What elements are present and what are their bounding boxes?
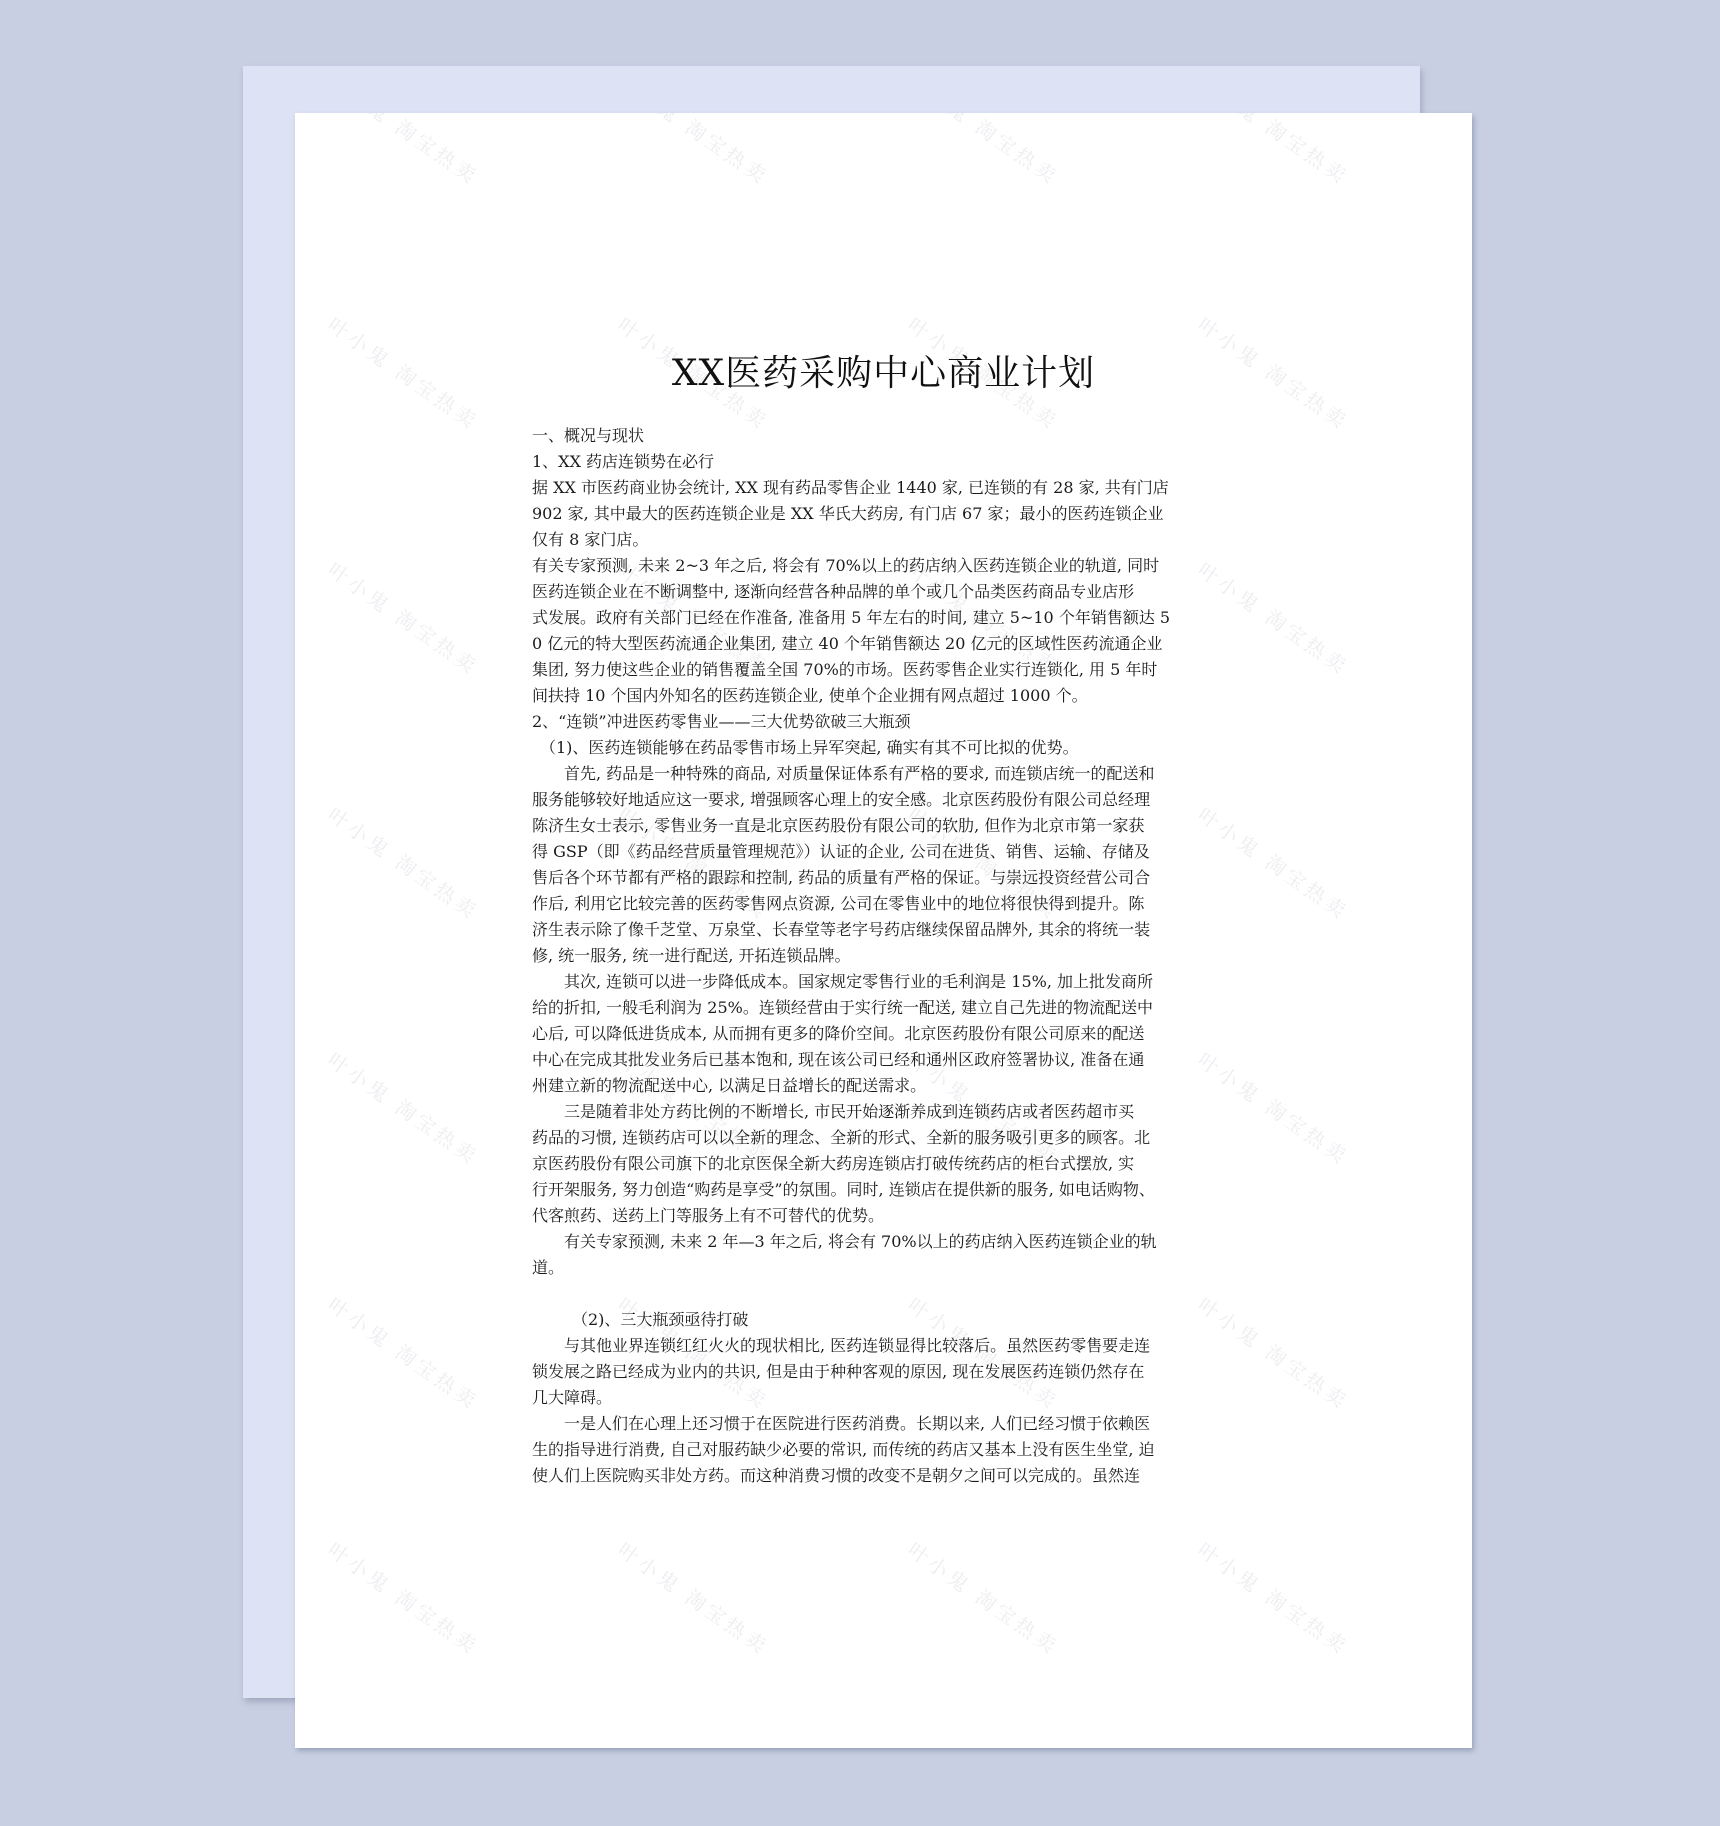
document-line: 有关专家预测, 未来 2~3 年之后, 将会有 70%以上的药店纳入医药连锁企业… bbox=[532, 553, 1222, 579]
document-line: 售后各个环节都有严格的跟踪和控制, 药品的质量有严格的保证。与崇远投资经营公司合 bbox=[532, 865, 1222, 891]
watermark-text: 叶小鬼 淘宝热卖 bbox=[613, 1534, 776, 1660]
document-line: 其次, 连锁可以进一步降低成本。国家规定零售行业的毛利润是 15%, 加上批发商… bbox=[532, 969, 1222, 995]
document-line: 锁发展之路已经成为业内的共识, 但是由于种种客观的原因, 现在发展医药连锁仍然存… bbox=[532, 1359, 1222, 1385]
watermark-text: 叶小鬼 淘宝热卖 bbox=[323, 113, 486, 191]
document-line: 修, 统一服务, 统一进行配送, 开拓连锁品牌。 bbox=[532, 943, 1222, 969]
document-line: 集团, 努力使这些企业的销售覆盖全国 70%的市场。医药零售企业实行连锁化, 用… bbox=[532, 657, 1222, 683]
document-line: 州建立新的物流配送中心, 以满足日益增长的配送需求。 bbox=[532, 1073, 1222, 1099]
document-line: 道。 bbox=[532, 1255, 1222, 1281]
document-line: 行开架服务, 努力创造“购药是享受”的氛围。同时, 连锁店在提供新的服务, 如电… bbox=[532, 1177, 1222, 1203]
document-line: 使人们上医院购买非处方药。而这种消费习惯的改变不是朝夕之间可以完成的。虽然连 bbox=[532, 1463, 1222, 1489]
document-line: 2、“连锁”冲进医药零售业——三大优势欲破三大瓶颈 bbox=[532, 709, 1222, 735]
document-line: （1)、医药连锁能够在药品零售市场上异军突起, 确实有其不可比拟的优势。 bbox=[532, 735, 1222, 761]
document-line: （2)、三大瓶颈亟待打破 bbox=[532, 1307, 1222, 1333]
document-line: 三是随着非处方药比例的不断增长, 市民开始逐渐养成到连锁药店或者医药超市买 bbox=[532, 1099, 1222, 1125]
watermark-text: 叶小鬼 淘宝热卖 bbox=[903, 1534, 1066, 1660]
document-line: 京医药股份有限公司旗下的北京医保全新大药房连锁店打破传统药店的柜台式摆放, 实 bbox=[532, 1151, 1222, 1177]
document-line: 医药连锁企业在不断调整中, 逐渐向经营各种品牌的单个或几个品类医药商品专业店形 bbox=[532, 579, 1222, 605]
document-line: 902 家, 其中最大的医药连锁企业是 XX 华氏大药房, 有门店 67 家；最… bbox=[532, 501, 1222, 527]
document-line: 与其他业界连锁红红火火的现状相比, 医药连锁显得比较落后。虽然医药零售要走连 bbox=[532, 1333, 1222, 1359]
document-line: 据 XX 市医药商业协会统计, XX 现有药品零售企业 1440 家, 已连锁的… bbox=[532, 475, 1222, 501]
watermark-text: 叶小鬼 淘宝热卖 bbox=[903, 113, 1066, 191]
document-line: 陈济生女士表示, 零售业务一直是北京医药股份有限公司的软肋, 但作为北京市第一家… bbox=[532, 813, 1222, 839]
document-line: 给的折扣, 一般毛利润为 25%。连锁经营由于实行统一配送, 建立自己先进的物流… bbox=[532, 995, 1222, 1021]
document-line: 代客煎药、送药上门等服务上有不可替代的优势。 bbox=[532, 1203, 1222, 1229]
document-line: 几大障碍。 bbox=[532, 1385, 1222, 1411]
document-line: 间扶持 10 个国内外知名的医药连锁企业, 使单个企业拥有网点超过 1000 个… bbox=[532, 683, 1222, 709]
watermark-text: 叶小鬼 淘宝热卖 bbox=[323, 1289, 486, 1415]
document-page: 叶小鬼 淘宝热卖叶小鬼 淘宝热卖叶小鬼 淘宝热卖叶小鬼 淘宝热卖叶小鬼 淘宝热卖… bbox=[295, 113, 1472, 1748]
watermark-text: 叶小鬼 淘宝热卖 bbox=[1193, 1534, 1356, 1660]
document-body: 一、概况与现状1、XX 药店连锁势在必行据 XX 市医药商业协会统计, XX 现… bbox=[532, 423, 1222, 1489]
document-line: 有关专家预测, 未来 2 年—3 年之后, 将会有 70%以上的药店纳入医药连锁… bbox=[532, 1229, 1222, 1255]
document-title: XX医药采购中心商业计划 bbox=[295, 345, 1472, 396]
document-line: 生的指导进行消费, 自己对服药缺少必要的常识, 而传统的药店又基本上没有医生坐堂… bbox=[532, 1437, 1222, 1463]
watermark-text: 叶小鬼 淘宝热卖 bbox=[323, 1044, 486, 1170]
document-line: 心后, 可以降低进货成本, 从而拥有更多的降价空间。北京医药股份有限公司原来的配… bbox=[532, 1021, 1222, 1047]
document-line: 1、XX 药店连锁势在必行 bbox=[532, 449, 1222, 475]
document-line: 一、概况与现状 bbox=[532, 423, 1222, 449]
document-line: 得 GSP（即《药品经营质量管理规范》）认证的企业, 公司在进货、销售、运输、存… bbox=[532, 839, 1222, 865]
document-line: 作后, 利用它比较完善的医药零售网点资源, 公司在零售业中的地位将很快得到提升。… bbox=[532, 891, 1222, 917]
document-line: 济生表示除了像千芝堂、万泉堂、长春堂等老字号药店继续保留品牌外, 其余的将统一装 bbox=[532, 917, 1222, 943]
document-line: 0 亿元的特大型医药流通企业集团, 建立 40 个年销售额达 20 亿元的区域性… bbox=[532, 631, 1222, 657]
watermark-text: 叶小鬼 淘宝热卖 bbox=[323, 554, 486, 680]
watermark-text: 叶小鬼 淘宝热卖 bbox=[613, 113, 776, 191]
watermark-text: 叶小鬼 淘宝热卖 bbox=[323, 1534, 486, 1660]
document-line: 一是人们在心理上还习惯于在医院进行医药消费。长期以来, 人们已经习惯于依赖医 bbox=[532, 1411, 1222, 1437]
watermark-text: 叶小鬼 淘宝热卖 bbox=[323, 799, 486, 925]
document-line: 式发展。政府有关部门已经在作准备, 准备用 5 年左右的时间, 建立 5~10 … bbox=[532, 605, 1222, 631]
document-line: 首先, 药品是一种特殊的商品, 对质量保证体系有严格的要求, 而连锁店统一的配送… bbox=[532, 761, 1222, 787]
document-line: 药品的习惯, 连锁药店可以以全新的理念、全新的形式、全新的服务吸引更多的顾客。北 bbox=[532, 1125, 1222, 1151]
document-line bbox=[532, 1281, 1222, 1307]
document-line: 中心在完成其批发业务后已基本饱和, 现在该公司已经和通州区政府签署协议, 准备在… bbox=[532, 1047, 1222, 1073]
watermark-text: 叶小鬼 淘宝热卖 bbox=[1193, 113, 1356, 191]
document-line: 仅有 8 家门店。 bbox=[532, 527, 1222, 553]
document-line: 服务能够较好地适应这一要求, 增强顾客心理上的安全感。北京医药股份有限公司总经理 bbox=[532, 787, 1222, 813]
